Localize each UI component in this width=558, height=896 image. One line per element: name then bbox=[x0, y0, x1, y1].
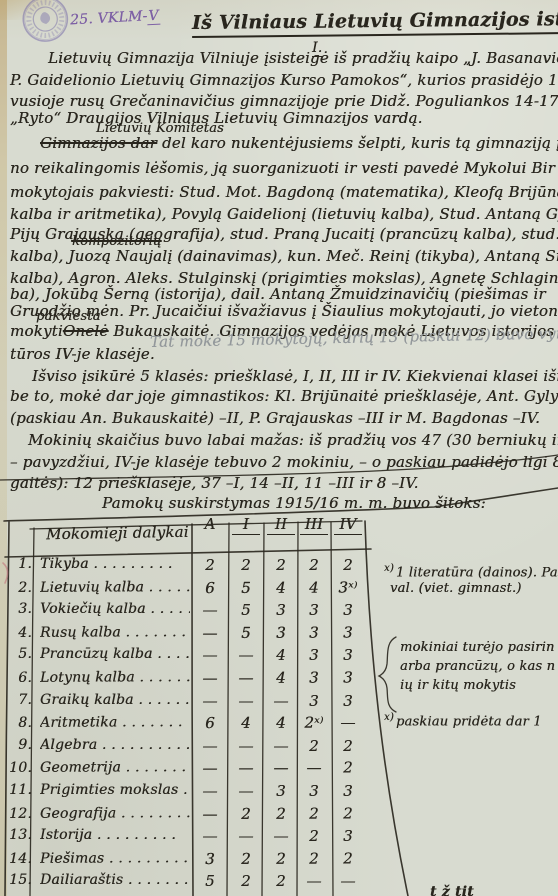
cell: 3 bbox=[267, 624, 295, 642]
table-row: 1.Tikyba . . . . . . . . .22222 bbox=[0, 556, 436, 578]
cell: 6 bbox=[196, 579, 224, 597]
cell: 3 bbox=[334, 782, 362, 800]
cell: 3 bbox=[300, 669, 328, 687]
table-row: 15.Dailiaraštis . . . . . . .522—— bbox=[0, 872, 436, 894]
cell: — bbox=[196, 782, 224, 800]
table-header-col-3: III bbox=[300, 515, 328, 535]
row-subject: Istorija . . . . . . . . . bbox=[40, 827, 190, 843]
cell: 3 bbox=[334, 646, 362, 664]
cell: — bbox=[196, 805, 224, 823]
cell: 3 bbox=[300, 692, 328, 710]
cell: 4 bbox=[267, 669, 295, 687]
manuscript-line: (paskiau An. Bukauskaitė) –II, P. Grajau… bbox=[10, 408, 558, 428]
row-number: 11. bbox=[6, 782, 32, 798]
schedule-intro-line: Pamokų suskirstymas 1915/16 m. m. buvo š… bbox=[102, 493, 558, 513]
footnote-b-line2: arba prancūzų, o kas n bbox=[400, 659, 555, 675]
table-row: 6.Lotynų kalba . . . . . .——433 bbox=[0, 668, 436, 692]
row-number: 1. bbox=[6, 556, 32, 572]
footnote-marker: x) bbox=[384, 712, 394, 723]
cell: — bbox=[232, 827, 260, 845]
row-number: 14. bbox=[6, 851, 32, 867]
row-number: 9. bbox=[6, 737, 32, 753]
cell: — bbox=[232, 646, 260, 664]
cell: — bbox=[334, 872, 362, 890]
manuscript-line: Mokinių skaičius buvo labai mažas: iš pr… bbox=[10, 430, 558, 450]
cell: — bbox=[300, 872, 328, 890]
footnote-a-line2: val. (viet. gimnast.) bbox=[390, 581, 522, 597]
cell: — bbox=[196, 692, 224, 710]
cell: 4 bbox=[267, 579, 295, 597]
cell: 5 bbox=[232, 579, 260, 597]
cell: 2 bbox=[232, 805, 260, 823]
cell: — bbox=[232, 669, 260, 687]
footnote-b-line3: ių ir kitų mokytis bbox=[400, 678, 516, 694]
row-subject: Piešimas . . . . . . . . . bbox=[40, 850, 190, 867]
cell: — bbox=[196, 624, 224, 642]
cell: — bbox=[196, 759, 224, 777]
table-header-subjects: Mokomieji dalykai bbox=[46, 523, 189, 543]
cell: 2 bbox=[300, 850, 328, 868]
footnote-c: x)paskiau pridėta dar 1 bbox=[384, 710, 542, 730]
cell: 2 bbox=[334, 849, 362, 867]
cell: 2 bbox=[267, 805, 295, 823]
table-row: 11.Prigimties mokslas . . .——333 bbox=[0, 782, 436, 804]
table-row: 3.Vokiečių kalba . . . . .—5333 bbox=[0, 601, 436, 623]
cell: — bbox=[267, 759, 295, 777]
row-subject: Lietuvių kalba . . . . . bbox=[40, 579, 190, 596]
cell: 2 bbox=[232, 850, 260, 868]
cell: 3 bbox=[334, 623, 362, 641]
row-number: 15. bbox=[6, 872, 32, 888]
row-number: 5. bbox=[6, 646, 32, 662]
table-header-col-4: IV bbox=[334, 515, 362, 535]
row-subject: Aritmetika . . . . . . . bbox=[40, 714, 190, 731]
row-subject: Prigimties mokslas . . . bbox=[40, 782, 190, 798]
page-title: Iš Vilniaus Lietuvių Gimnazijos istorijo… bbox=[192, 7, 558, 38]
cell: — bbox=[232, 759, 260, 777]
cell: — bbox=[232, 692, 260, 710]
manuscript-line: no reikalingomis lėšomis, ją suorganizuo… bbox=[10, 158, 558, 178]
cell: 3 bbox=[267, 601, 295, 619]
cell: 2ˣ⁾ bbox=[300, 714, 328, 732]
table-header-col-1: I bbox=[232, 515, 260, 535]
crossed-insertion: kompozitorių bbox=[72, 232, 161, 252]
row-subject: Dailiaraštis . . . . . . . bbox=[40, 872, 190, 888]
row-subject: Lotynų kalba . . . . . . bbox=[40, 669, 190, 686]
cell: — bbox=[267, 692, 295, 710]
cell: 2 bbox=[334, 737, 362, 755]
manuscript-line: be to, mokė dar joje gimnastikos: Kl. Br… bbox=[10, 386, 558, 406]
archive-code: 25. VKLM-V bbox=[70, 8, 160, 29]
cell: 2 bbox=[196, 556, 224, 574]
cell: 4 bbox=[267, 714, 295, 732]
cell: 2 bbox=[300, 827, 328, 845]
cell: — bbox=[196, 646, 224, 664]
manuscript-line: mokytojais pakviesti: Stud. Mot. Bagdoną… bbox=[10, 182, 558, 202]
cell: 5 bbox=[232, 601, 260, 619]
row-number: 6. bbox=[6, 670, 32, 686]
row-subject: Graikų kalba . . . . . . . bbox=[40, 692, 190, 708]
row-number: 10. bbox=[6, 760, 32, 776]
manuscript-line: P. Gaidelionio Lietuvių Gimnazijos Kurso… bbox=[10, 70, 558, 90]
cell: 2 bbox=[300, 737, 328, 755]
scanned-manuscript: { "document": { "archive_code_main": "25… bbox=[0, 0, 558, 896]
manuscript-line: kalba ir aritmetika), Povylą Gaidelionį … bbox=[10, 204, 558, 224]
row-number: 12. bbox=[6, 806, 32, 822]
cell: 4 bbox=[267, 646, 295, 664]
cell: 3 bbox=[300, 624, 328, 642]
cell: — bbox=[196, 827, 224, 845]
cell: 2 bbox=[267, 556, 295, 574]
table-row: 5.Prancūzų kalba . . . . .——433 bbox=[0, 646, 436, 668]
cell: 3 bbox=[267, 782, 295, 800]
cell: — bbox=[300, 759, 328, 777]
row-subject: Rusų kalba . . . . . . . . bbox=[40, 624, 190, 641]
row-number: 3. bbox=[6, 601, 32, 617]
row-subject: Vokiečių kalba . . . . . bbox=[40, 601, 190, 617]
cell: 2 bbox=[267, 850, 295, 868]
cell: 4 bbox=[300, 579, 328, 597]
cell: 2 bbox=[232, 556, 260, 574]
row-subject: Prancūzų kalba . . . . . bbox=[40, 646, 190, 662]
cell: — bbox=[196, 601, 224, 619]
cell: 3 bbox=[300, 646, 328, 664]
inserted-correction: pakviesta bbox=[36, 307, 101, 327]
cell: 3 bbox=[300, 782, 328, 800]
row-subject: Geometrija . . . . . . . . bbox=[40, 759, 190, 776]
row-subject: Tikyba . . . . . . . . . bbox=[40, 556, 190, 572]
table-row: 4.Rusų kalba . . . . . . . .—5333 bbox=[0, 623, 436, 647]
cell: — bbox=[267, 737, 295, 755]
cell: 6 bbox=[196, 714, 224, 732]
row-subject: Geografija . . . . . . . . bbox=[40, 805, 190, 822]
cell: 3 bbox=[300, 601, 328, 619]
cell: 3ˣ⁾ bbox=[334, 578, 362, 596]
cell: 2 bbox=[300, 556, 328, 574]
table-row: 9.Algebra . . . . . . . . . .———22 bbox=[0, 737, 436, 759]
cell: 3 bbox=[334, 827, 362, 845]
cell: 5 bbox=[232, 624, 260, 642]
cell: 2 bbox=[300, 805, 328, 823]
table-row: 13.Istorija . . . . . . . . .———23 bbox=[0, 827, 436, 849]
manuscript-line: Lietuvių Gimnazija Vilniuje įsisteigė iš… bbox=[10, 48, 558, 68]
cell: 3 bbox=[334, 601, 362, 619]
table-row: 14.Piešimas . . . . . . . . .32222 bbox=[0, 849, 436, 873]
footnote-text: paskiau pridėta dar 1 bbox=[396, 714, 542, 729]
table-row: 7.Graikų kalba . . . . . . .———33 bbox=[0, 692, 436, 714]
inserted-correction: Lietuvių Komitetas bbox=[66, 119, 224, 139]
footnote-text: 1 literatūra (dainos). Pask bbox=[396, 565, 558, 580]
cell: 3 bbox=[334, 692, 362, 710]
cell: 2 bbox=[334, 758, 362, 776]
manuscript-line: – pavyzdžiui, IV-je klasėje tebuvo 2 mok… bbox=[10, 452, 558, 472]
manuscript-line: gaitės): 12 priešklasėje, 37 –I, 14 –II,… bbox=[10, 473, 558, 493]
cell: 2 bbox=[232, 872, 260, 890]
table-row: 8.Aritmetika . . . . . . .6442ˣ⁾— bbox=[0, 713, 436, 737]
table-row: 10.Geometrija . . . . . . . .————2 bbox=[0, 758, 436, 782]
cell: — bbox=[196, 737, 224, 755]
cell: — bbox=[232, 737, 260, 755]
cell: — bbox=[232, 782, 260, 800]
footnote-a-line1: x)1 literatūra (dainos). Pask bbox=[384, 561, 558, 581]
cell: — bbox=[267, 827, 295, 845]
table-row: 12.Geografija . . . . . . . .—2222 bbox=[0, 804, 436, 828]
cell: 5 bbox=[196, 872, 224, 890]
archive-code-suffix: V bbox=[147, 8, 160, 26]
footnote-marker: x) bbox=[384, 563, 394, 574]
manuscript-line: kompozitoriųkalba), Juozą Naujalį (daina… bbox=[10, 246, 558, 266]
row-number: 4. bbox=[6, 625, 32, 641]
table-header-col-2: II bbox=[267, 515, 295, 535]
row-number: 8. bbox=[6, 715, 32, 731]
clipped-bottom-note: t ž tit bbox=[430, 884, 474, 896]
row-number: 7. bbox=[6, 692, 32, 708]
cell: — bbox=[196, 669, 224, 687]
line-text: mokytojais pakviesti: Stud. Mot. Bagdoną… bbox=[10, 183, 558, 201]
cell: 3 bbox=[334, 668, 362, 686]
cell: 3 bbox=[196, 850, 224, 868]
cell: 2 bbox=[334, 556, 362, 574]
table-header-col-a: A bbox=[196, 515, 224, 533]
cell: 2 bbox=[334, 804, 362, 822]
archive-code-main: 25. VKLM- bbox=[70, 8, 148, 28]
manuscript-line: Išviso įsikūrė 5 klasės: priešklasė, I, … bbox=[10, 366, 558, 386]
cell: — bbox=[334, 713, 362, 731]
manuscript-line: Lietuvių KomitetasGimnazijos dar del kar… bbox=[10, 133, 558, 153]
row-number: 13. bbox=[6, 827, 32, 843]
row-number: 2. bbox=[6, 580, 32, 596]
cell: 4 bbox=[232, 714, 260, 732]
cell: 2 bbox=[267, 872, 295, 890]
table-row: 2.Lietuvių kalba . . . . .65443ˣ⁾ bbox=[0, 578, 436, 602]
footnote-b-line1: mokiniai turėjo pasirin bbox=[400, 640, 555, 656]
row-subject: Algebra . . . . . . . . . . bbox=[40, 737, 190, 753]
